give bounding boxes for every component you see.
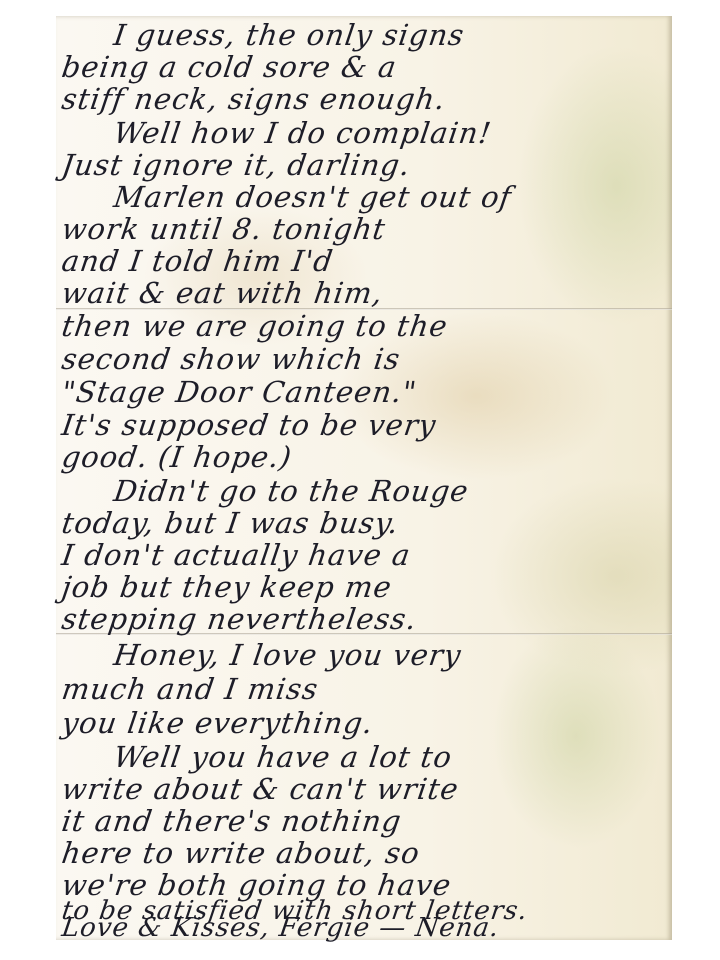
letter-line: it and there's nothing [60, 804, 404, 838]
letter-line: and I told him I'd [60, 244, 336, 278]
letter-line: wait & eat with him, [60, 276, 386, 310]
letter-line: today, but I was busy. [60, 506, 402, 540]
letter-line: Well you have a lot to [112, 740, 455, 774]
letter-line: you like everything. [60, 706, 376, 740]
letter-line: Just ignore it, darling. [60, 148, 413, 182]
letter-line: here to write about, so [60, 836, 423, 870]
letter-line: I don't actually have a [60, 538, 413, 572]
letter-line: stepping nevertheless. [60, 602, 420, 636]
letter-line: job but they keep me [60, 570, 395, 604]
letter-line: Well how I do complain! [112, 116, 494, 150]
letter-line: Didn't go to the Rouge [112, 474, 471, 508]
letter-line: being a cold sore & a [60, 50, 399, 84]
letter-line: I guess, the only signs [112, 18, 467, 52]
letter-page: I guess, the only signs being a cold sor… [56, 16, 672, 940]
letter-line: "Stage Door Canteen." [60, 375, 419, 409]
letter-line: second show which is [60, 342, 403, 376]
closing-signature: Love & Kisses, Fergie — Nena. [60, 913, 502, 943]
letter-line: much and I miss [60, 672, 321, 706]
letter-line: stiff neck, signs enough. [60, 82, 448, 116]
letter-line: Honey, I love you very [112, 638, 464, 672]
letter-line: Marlen doesn't get out of [112, 180, 514, 214]
letter-line: then we are going to the [60, 309, 450, 343]
letter-line: good. (I hope.) [60, 440, 295, 474]
letter-line: work until 8. tonight [60, 212, 388, 246]
letter-line: It's supposed to be very [60, 408, 439, 442]
letter-line: write about & can't write [60, 772, 461, 806]
